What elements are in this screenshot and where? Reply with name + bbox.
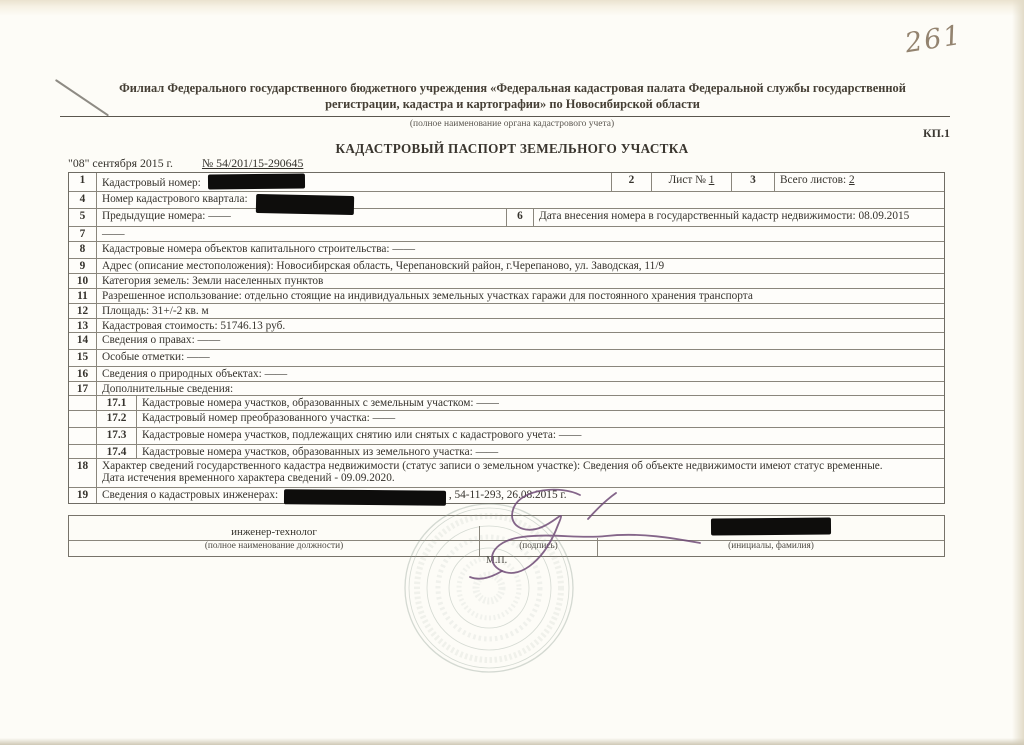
date-row: "08" сентября 2015 г. № 54/201/15-290645 bbox=[68, 156, 303, 171]
row-number: 14 bbox=[69, 333, 97, 349]
engineers-label: Сведения о кадастровых инженерах: bbox=[102, 489, 278, 501]
row-number-empty bbox=[69, 396, 97, 410]
row-label: Кадастровый номер: bbox=[102, 177, 201, 189]
org-name: Филиал Федерального государственного бюд… bbox=[90, 80, 935, 112]
row-subnumber: 17.2 bbox=[97, 411, 137, 427]
row-number: 7 bbox=[69, 227, 97, 241]
table-row-11: 11 Разрешенное использование: отдельно с… bbox=[69, 288, 944, 303]
total-sheets-cell: Всего листов: 2 bbox=[774, 173, 944, 191]
row-label-cell: Кадастровый номер: bbox=[97, 173, 611, 189]
row-number: 19 bbox=[69, 488, 97, 503]
document-page: 261 Филиал Федерального государственного… bbox=[0, 0, 1024, 745]
sheet-value: 1 bbox=[709, 174, 715, 186]
row-number: 18 bbox=[69, 459, 97, 487]
form-code: КП.1 bbox=[923, 126, 950, 141]
table-row-14: 14 Сведения о правах: —— bbox=[69, 332, 944, 349]
row-label-cell: Номер кадастрового квартала: bbox=[97, 192, 944, 205]
row-number: 13 bbox=[69, 319, 97, 332]
row-number: 12 bbox=[69, 304, 97, 318]
row-subnumber: 17.4 bbox=[97, 445, 137, 458]
additional-info-text: Дополнительные сведения: bbox=[97, 382, 944, 395]
row-number: 16 bbox=[69, 367, 97, 381]
table-row-9: 9 Адрес (описание местоположения): Новос… bbox=[69, 258, 944, 273]
table-row-7: 7 —— bbox=[69, 226, 944, 241]
table-row-16: 16 Сведения о природных объектах: —— bbox=[69, 366, 944, 381]
row-label: Номер кадастрового квартала: bbox=[102, 193, 248, 205]
redacted-quarter-number bbox=[256, 194, 354, 215]
cadastral-value-text: Кадастровая стоимость: 51746.13 руб. bbox=[97, 319, 944, 332]
table-row-17: 17 Дополнительные сведения: bbox=[69, 381, 944, 395]
registration-date-text: Дата внесения номера в государственный к… bbox=[533, 209, 944, 226]
row-text: Кадастровые номера объектов капитального… bbox=[97, 242, 944, 255]
row-number: 8 bbox=[69, 242, 97, 258]
table-row-10: 10 Категория земель: Земли населенных пу… bbox=[69, 273, 944, 288]
table-row-17-4: 17.4 Кадастровые номера участков, образо… bbox=[69, 444, 944, 458]
scan-edge-top bbox=[0, 0, 1024, 16]
row-text: Кадастровые номера участков, образованны… bbox=[137, 396, 944, 409]
permitted-use-text: Разрешенное использование: отдельно стоя… bbox=[97, 289, 944, 302]
area-text: Площадь: 31+/-2 кв. м bbox=[97, 304, 944, 317]
row-number: 5 bbox=[69, 209, 97, 226]
row-number: 6 bbox=[506, 209, 533, 226]
table-row-17-3: 17.3 Кадастровые номера участков, подлеж… bbox=[69, 427, 944, 444]
row-text: Кадастровые номера участков, подлежащих … bbox=[137, 428, 944, 441]
row-text: Кадастровый номер преобразованного участ… bbox=[137, 411, 944, 424]
document-date: "08" сентября 2015 г. bbox=[68, 156, 173, 170]
row-number: 9 bbox=[69, 259, 97, 273]
table-row-17-2: 17.2 Кадастровый номер преобразованного … bbox=[69, 410, 944, 427]
row-subnumber: 17.3 bbox=[97, 428, 137, 444]
total-sheets-label: Всего листов: bbox=[780, 174, 846, 186]
row-number: 2 bbox=[611, 173, 651, 191]
status-cell: Характер сведений государственного кадас… bbox=[97, 459, 944, 484]
sheet-label: Лист № bbox=[669, 174, 706, 186]
table-row-17-1: 17.1 Кадастровые номера участков, образо… bbox=[69, 395, 944, 410]
table-row-1: 1 Кадастровый номер: 2 Лист № 1 3 Всего … bbox=[69, 173, 944, 191]
row-number: 1 bbox=[69, 173, 97, 191]
sheet-cell: Лист № 1 bbox=[651, 173, 731, 191]
main-table: 1 Кадастровый номер: 2 Лист № 1 3 Всего … bbox=[68, 172, 945, 504]
row-number: 15 bbox=[69, 350, 97, 366]
row-number: 10 bbox=[69, 274, 97, 288]
row-number: 3 bbox=[731, 173, 774, 191]
land-category-text: Категория земель: Земли населенных пункт… bbox=[97, 274, 944, 287]
rights-text: Сведения о правах: —— bbox=[97, 333, 944, 346]
total-sheets-value: 2 bbox=[849, 174, 855, 186]
table-row-15: 15 Особые отметки: —— bbox=[69, 349, 944, 366]
redacted-cadastral-number bbox=[208, 173, 305, 189]
address-text: Адрес (описание местоположения): Новосиб… bbox=[97, 259, 944, 272]
row-text: —— bbox=[97, 227, 944, 240]
signature-scrawl bbox=[430, 483, 730, 593]
row-number-empty bbox=[69, 411, 97, 427]
row-number-empty bbox=[69, 428, 97, 444]
row-number: 4 bbox=[69, 192, 97, 208]
org-name-caption: (полное наименование органа кадастрового… bbox=[0, 119, 1024, 129]
special-marks-text: Особые отметки: —— bbox=[97, 350, 944, 363]
scan-edge-right bbox=[1012, 0, 1024, 745]
row-subnumber: 17.1 bbox=[97, 396, 137, 410]
document-title: КАДАСТРОВЫЙ ПАСПОРТ ЗЕМЕЛЬНОГО УЧАСТКА bbox=[0, 141, 1024, 157]
scan-edge-bottom bbox=[0, 738, 1024, 745]
table-row-5: 5 Предыдущие номера: —— 6 Дата внесения … bbox=[69, 208, 944, 226]
row-number: 17 bbox=[69, 382, 97, 395]
table-row-8: 8 Кадастровые номера объектов капитально… bbox=[69, 241, 944, 258]
status-text-line1: Характер сведений государственного кадас… bbox=[102, 460, 939, 472]
row-text: Кадастровые номера участков, образованны… bbox=[137, 445, 944, 458]
header-underline bbox=[60, 116, 950, 117]
table-row-4: 4 Номер кадастрового квартала: bbox=[69, 191, 944, 208]
document-number: № 54/201/15-290645 bbox=[202, 156, 303, 170]
row-number-empty bbox=[69, 445, 97, 458]
natural-objects-text: Сведения о природных объектах: —— bbox=[97, 367, 944, 380]
table-row-12: 12 Площадь: 31+/-2 кв. м bbox=[69, 303, 944, 318]
table-row-13: 13 Кадастровая стоимость: 51746.13 руб. bbox=[69, 318, 944, 332]
handwritten-page-number: 261 bbox=[903, 20, 965, 60]
row-number: 11 bbox=[69, 289, 97, 303]
